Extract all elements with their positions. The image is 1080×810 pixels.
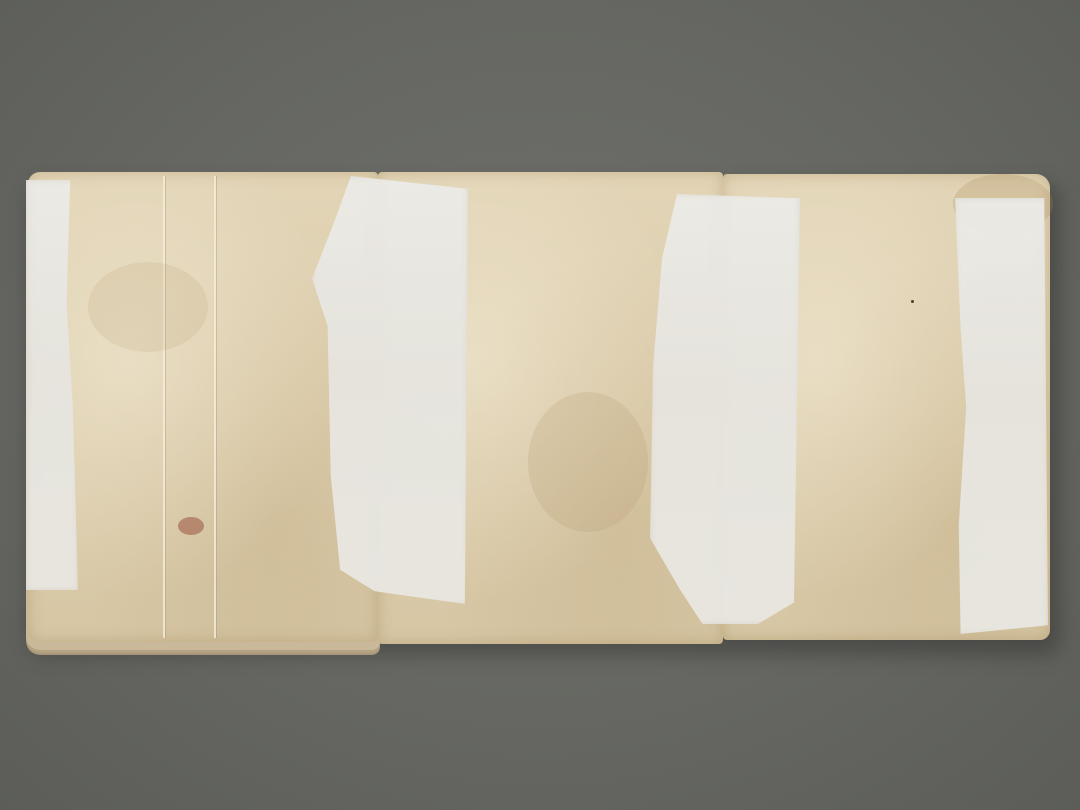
stain [178,517,204,535]
paper-tape-strip [650,194,800,624]
paper-panel-left [28,172,378,642]
fold-line [163,176,165,638]
fold-line [214,176,216,638]
stain [88,262,208,352]
stain [528,392,648,532]
paper-tape-strip [955,198,1048,634]
speck [911,300,914,303]
